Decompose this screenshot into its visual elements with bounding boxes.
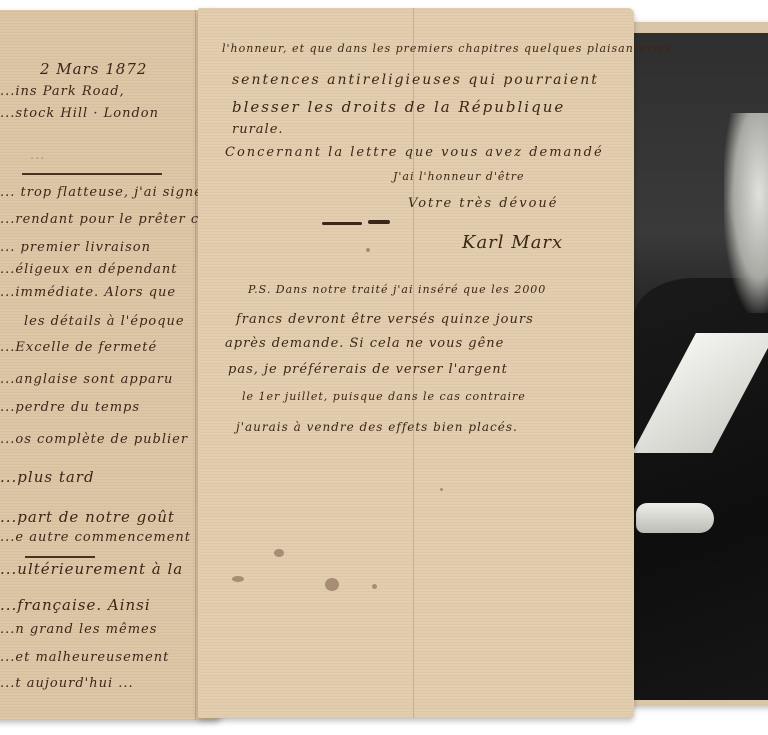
ink-spot bbox=[325, 578, 339, 591]
ink-dash bbox=[322, 222, 362, 225]
postscript-line: le 1er juillet, puisque dans le cas cont… bbox=[242, 390, 526, 403]
left-line: ...part de notre goût bbox=[0, 508, 175, 526]
ink-spot bbox=[232, 576, 244, 582]
letter-date: 2 Mars 1872 bbox=[40, 60, 147, 78]
postscript-line: après demande. Si cela ne vous gêne bbox=[225, 336, 504, 351]
left-line: ...ultérieurement à la bbox=[0, 560, 183, 578]
left-line: ...t aujourd'hui ... bbox=[0, 676, 134, 691]
hand bbox=[636, 503, 714, 533]
letter-address-line-2: ...stock Hill · London bbox=[0, 106, 159, 121]
portrait-photograph bbox=[634, 33, 768, 700]
left-line: ...plus tard bbox=[0, 468, 95, 486]
ink-spot bbox=[274, 549, 284, 557]
ink-spot bbox=[366, 248, 370, 252]
signature: Karl Marx bbox=[462, 232, 563, 253]
postscript-line: j'aurais à vendre des effets bien placés… bbox=[236, 420, 518, 434]
left-line: ...anglaise sont apparu bbox=[0, 372, 173, 387]
right-line: Concernant la lettre que vous avez deman… bbox=[225, 145, 604, 160]
postscript-line: pas, je préférerais de verser l'argent bbox=[228, 362, 508, 377]
postscript-line: francs devront être versés quinze jours bbox=[236, 312, 534, 327]
left-line: ...éligeux en dépendant bbox=[0, 262, 178, 277]
left-line: ... trop flatteuse, j'ai signé un bbox=[0, 185, 227, 200]
left-line: ...perdre du temps bbox=[0, 400, 140, 415]
left-line: ...immédiate. Alors que bbox=[0, 285, 176, 300]
right-line: J'ai l'honneur d'être bbox=[393, 170, 525, 183]
left-line: ...Excelle de fermeté bbox=[0, 340, 157, 355]
ink-spot bbox=[440, 488, 443, 491]
letter-address-line-1: ...ins Park Road, bbox=[0, 84, 125, 99]
beard bbox=[724, 113, 768, 313]
postscript-line: P.S. Dans notre traité j'ai inséré que l… bbox=[248, 283, 546, 296]
ink-spot bbox=[372, 584, 377, 589]
right-line: l'honneur, et que dans les premiers chap… bbox=[222, 42, 672, 55]
underline-rule bbox=[25, 556, 95, 558]
right-line: sentences antireligieuses qui pourraient bbox=[232, 72, 599, 88]
left-line: ...e autre commencement bbox=[0, 530, 191, 545]
left-line: ... premier livraison bbox=[0, 240, 151, 255]
right-line: rurale. bbox=[232, 122, 284, 137]
ink-dash bbox=[368, 220, 390, 224]
divider-rule bbox=[22, 173, 162, 175]
left-line: ...française. Ainsi bbox=[0, 596, 151, 614]
left-line: ...et malheureusement bbox=[0, 650, 169, 665]
right-line: Votre très dévoué bbox=[408, 196, 558, 211]
left-line: ...n grand les mêmes bbox=[0, 622, 157, 637]
faint-line: ... bbox=[30, 148, 45, 163]
left-line: ...os complète de publier bbox=[0, 432, 188, 447]
right-line: blesser les droits de la République bbox=[232, 98, 565, 116]
page-fold bbox=[195, 10, 196, 720]
left-line: les détails à l'époque bbox=[24, 314, 185, 329]
